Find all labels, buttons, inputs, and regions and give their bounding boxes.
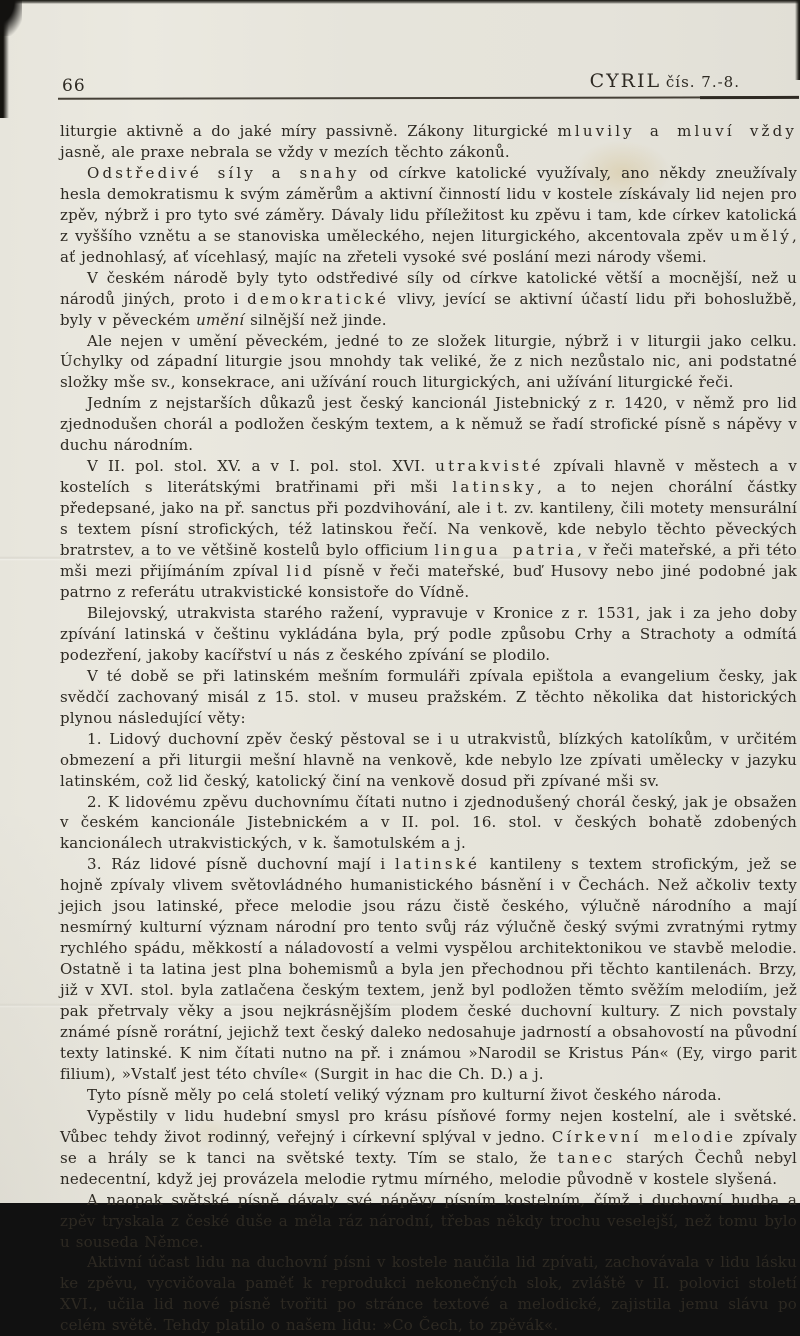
emphasized-text: Církevní melodie — [552, 1128, 736, 1146]
journal-title: CYRIL — [590, 70, 662, 92]
paragraph: V II. pol. stol. XV. a v I. pol. stol. X… — [60, 456, 797, 603]
text-run: V té době se při latinském mešním formul… — [60, 667, 797, 727]
paragraph: Bilejovský, utrakvista starého ražení, v… — [60, 603, 797, 666]
paragraph: liturgie aktivně a do jaké míry passivně… — [60, 121, 797, 163]
text-run: liturgie aktivně a do jaké míry passivně… — [60, 122, 558, 140]
text-run: V II. pol. stol. XV. a v I. pol. stol. X… — [87, 457, 435, 475]
scan-edge-right — [795, 0, 800, 80]
paragraph: 2. K lidovému zpěvu duchovnímu čítati nu… — [60, 792, 797, 855]
text-run: 2. K lidovému zpěvu duchovnímu čítati nu… — [60, 793, 797, 853]
scan-edge-corner — [0, 0, 22, 36]
paragraph: Tyto písně měly po celá století veliký v… — [60, 1085, 797, 1106]
scan-edge-top — [0, 0, 800, 4]
emphasized-text: mluvily a mluví vždy — [558, 122, 797, 140]
text-run: Tyto písně měly po celá století veliký v… — [87, 1086, 722, 1104]
paragraph: 3. Ráz lidové písně duchovní mají i lati… — [60, 854, 797, 1084]
journal-heading: CYRIL čís. 7.-8. — [590, 70, 740, 92]
emphasized-text: Odstředivé síly a snahy — [87, 164, 360, 182]
text-run: silnější než jinde. — [244, 311, 386, 329]
paragraph: V českém národě byly tyto odstředivé síl… — [60, 268, 797, 331]
page-number: 66 — [62, 76, 86, 96]
italic-text: umění — [196, 311, 244, 329]
text-run: A naopak světské písně dávaly své nápěvy… — [60, 1191, 797, 1203]
text-run: jasně, ale praxe nebrala se vždy v mezíc… — [60, 143, 510, 161]
running-header: 66 CYRIL čís. 7.-8. — [60, 70, 797, 96]
text-run: 1. Lidový duchovní zpěv český pěstoval s… — [60, 730, 797, 790]
issue-number: čís. 7.-8. — [666, 73, 740, 91]
page-body: liturgie aktivně a do jaké míry passivně… — [60, 121, 797, 1203]
emphasized-text: lingua patria — [435, 541, 578, 559]
scanned-page: 66 CYRIL čís. 7.-8. liturgie aktivně a d… — [0, 0, 800, 1203]
text-run: Ale nejen v umění pěveckém, jedné to ze … — [60, 332, 797, 392]
text-run: Jedním z nejstarších důkazů jest český k… — [60, 394, 797, 454]
header-rule — [58, 96, 797, 100]
emphasized-text: latinsky — [452, 478, 537, 496]
paragraph: 1. Lidový duchovní zpěv český pěstoval s… — [60, 729, 797, 792]
paragraph: Vypěstily v lidu hudební smysl pro krásu… — [60, 1106, 797, 1190]
paragraph: Ale nejen v umění pěveckém, jedné to ze … — [60, 331, 797, 394]
paragraph: Jedním z nejstarších důkazů jest český k… — [60, 393, 797, 456]
emphasized-text: latinské — [395, 855, 480, 873]
emphasized-text: utrakvisté — [435, 457, 543, 475]
header-rule-dark-segment — [700, 96, 799, 99]
emphasized-text: umělý — [730, 227, 792, 245]
emphasized-text: demokratické — [247, 290, 389, 308]
emphasized-text: lid — [286, 562, 315, 580]
paragraph: Odstředivé síly a snahy od církve katoli… — [60, 163, 797, 268]
text-run: Bilejovský, utrakvista starého ražení, v… — [60, 604, 797, 664]
text-run: kantileny s textem strofickým, jež se ho… — [60, 855, 797, 1083]
paragraph: A naopak světské písně dávaly své nápěvy… — [60, 1190, 797, 1203]
paragraph: V té době se při latinském mešním formul… — [60, 666, 797, 729]
emphasized-text: tanec — [558, 1149, 616, 1167]
text-run: 3. Ráz lidové písně duchovní mají i — [87, 855, 395, 873]
